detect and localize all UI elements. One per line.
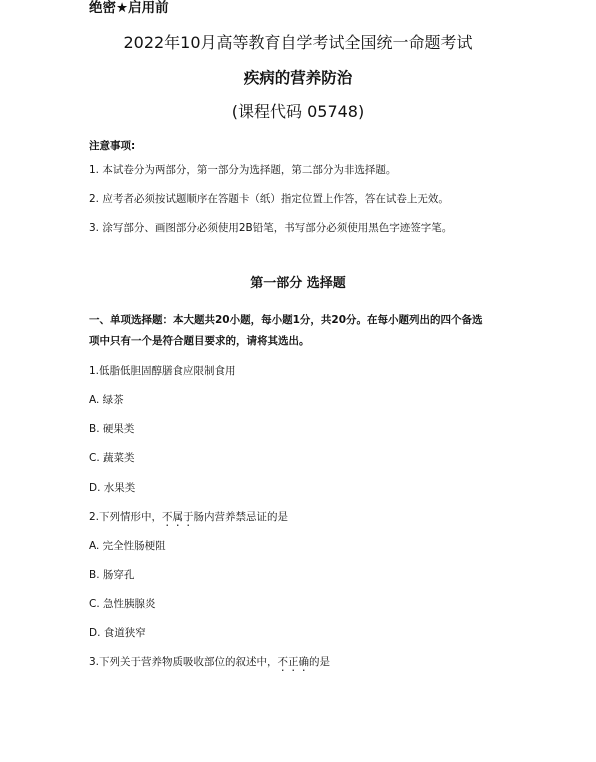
- exam-title: 2022年10月高等教育自学考试全国统一命题考试: [0, 32, 596, 54]
- notes-title: 注意事项:: [89, 139, 135, 153]
- exam-page: 绝密★启用前 2022年10月高等教育自学考试全国统一命题考试 疾病的营养防治 …: [0, 0, 596, 762]
- note-item-2: 2. 应考者必须按试题顺序在答题卡（纸）指定位置上作答，答在试卷上无效。: [89, 192, 449, 206]
- question-2-stem: 2.下列情形中，不属于肠内营养禁忌证的是: [89, 510, 288, 529]
- question-3-stem-suffix: 的是: [309, 656, 330, 668]
- section-instruction-line-1: 一、单项选择题：本大题共20小题，每小题1分，共20分。在每小题列出的四个备选: [89, 313, 483, 327]
- question-3-stem: 3.下列关于营养物质吸收部位的叙述中，不正确的是: [89, 655, 330, 674]
- part-title: 第一部分 选择题: [0, 275, 596, 293]
- question-3-stem-prefix: 3.下列关于营养物质吸收部位的叙述中，: [89, 656, 278, 668]
- course-code: (课程代码 05748): [0, 101, 596, 123]
- question-2-option-c: C. 急性胰腺炎: [89, 597, 156, 611]
- question-2-option-b: B. 肠穿孔: [89, 568, 134, 582]
- question-2-stem-prefix: 2.下列情形中，: [89, 511, 162, 523]
- section-instruction-line-2: 项中只有一个是符合题目要求的，请将其选出。: [89, 334, 310, 348]
- note-item-3: 3. 涂写部分、画图部分必须使用2B铅笔，书写部分必须使用黑色字迹签字笔。: [89, 221, 452, 235]
- question-1-option-a: A. 绿茶: [89, 393, 124, 407]
- note-item-1: 1. 本试卷分为两部分，第一部分为选择题，第二部分为非选择题。: [89, 163, 396, 177]
- question-2-option-a: A. 完全性肠梗阻: [89, 539, 166, 553]
- question-2-stem-emphasis: 不属于: [162, 511, 194, 523]
- subject-title: 疾病的营养防治: [0, 68, 596, 88]
- question-2-stem-suffix: 肠内营养禁忌证的是: [194, 511, 289, 523]
- question-1-option-b: B. 硬果类: [89, 422, 134, 436]
- question-1-stem: 1.低脂低胆固醇膳食应限制食用: [89, 364, 236, 378]
- question-1-option-d: D. 水果类: [89, 481, 135, 495]
- secret-mark: 绝密★启用前: [89, 0, 169, 16]
- question-3-stem-emphasis: 不正确: [278, 656, 310, 668]
- question-2-option-d: D. 食道狭窄: [89, 626, 146, 640]
- question-1-option-c: C. 蔬菜类: [89, 451, 135, 465]
